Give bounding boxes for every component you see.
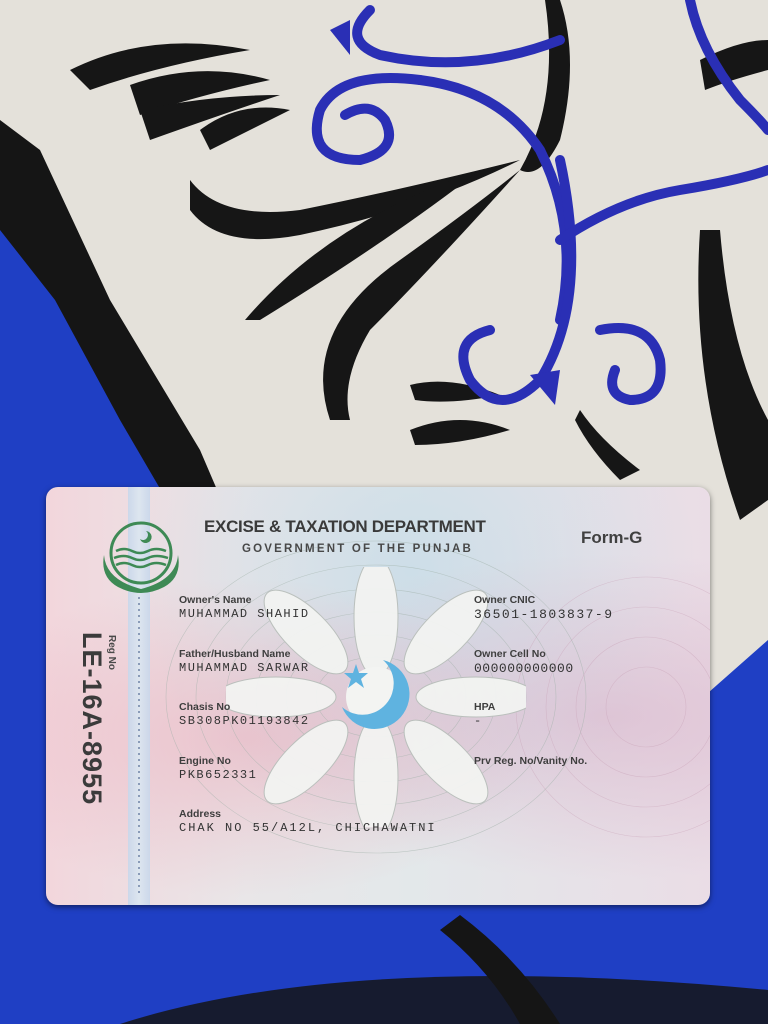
engine-no-label: Engine No — [179, 755, 231, 767]
vehicle-registration-card: Reg No LE-16A-8955 EXCISE & TAXATION DEP… — [46, 487, 710, 905]
owner-cell-value: 000000000000 — [474, 661, 574, 676]
owner-cnic-value: 36501-1803837-9 — [474, 607, 614, 622]
crescent-star-icon — [328, 652, 418, 732]
hpa-value: - — [474, 714, 483, 728]
hpa-label: HPA — [474, 701, 495, 713]
engine-no-value: PKB652331 — [179, 768, 257, 782]
microprint-line — [138, 597, 140, 897]
owner-cnic-label: Owner CNIC — [474, 594, 535, 606]
owner-name-value: MUHAMMAD SHAHID — [179, 607, 310, 621]
owner-name-label: Owner's Name — [179, 594, 252, 606]
father-name-value: MUHAMMAD SARWAR — [179, 661, 310, 675]
owner-cell-label: Owner Cell No — [474, 648, 546, 660]
father-name-label: Father/Husband Name — [179, 648, 290, 660]
punjab-emblem-icon — [94, 515, 189, 597]
address-value: CHAK NO 55/A12L, CHICHAWATNI — [179, 821, 437, 835]
registration-number: LE-16A-8955 — [76, 632, 107, 805]
chasis-no-value: SB308PK01193842 — [179, 714, 310, 728]
reg-no-label: Reg No — [106, 635, 117, 670]
form-type: Form-G — [581, 528, 642, 548]
chasis-no-label: Chasis No — [179, 701, 230, 713]
prv-reg-label: Prv Reg. No/Vanity No. — [474, 755, 587, 767]
address-label: Address — [179, 808, 221, 820]
department-title: EXCISE & TAXATION DEPARTMENT — [204, 517, 486, 537]
government-subtitle: GOVERNMENT OF THE PUNJAB — [242, 543, 473, 555]
